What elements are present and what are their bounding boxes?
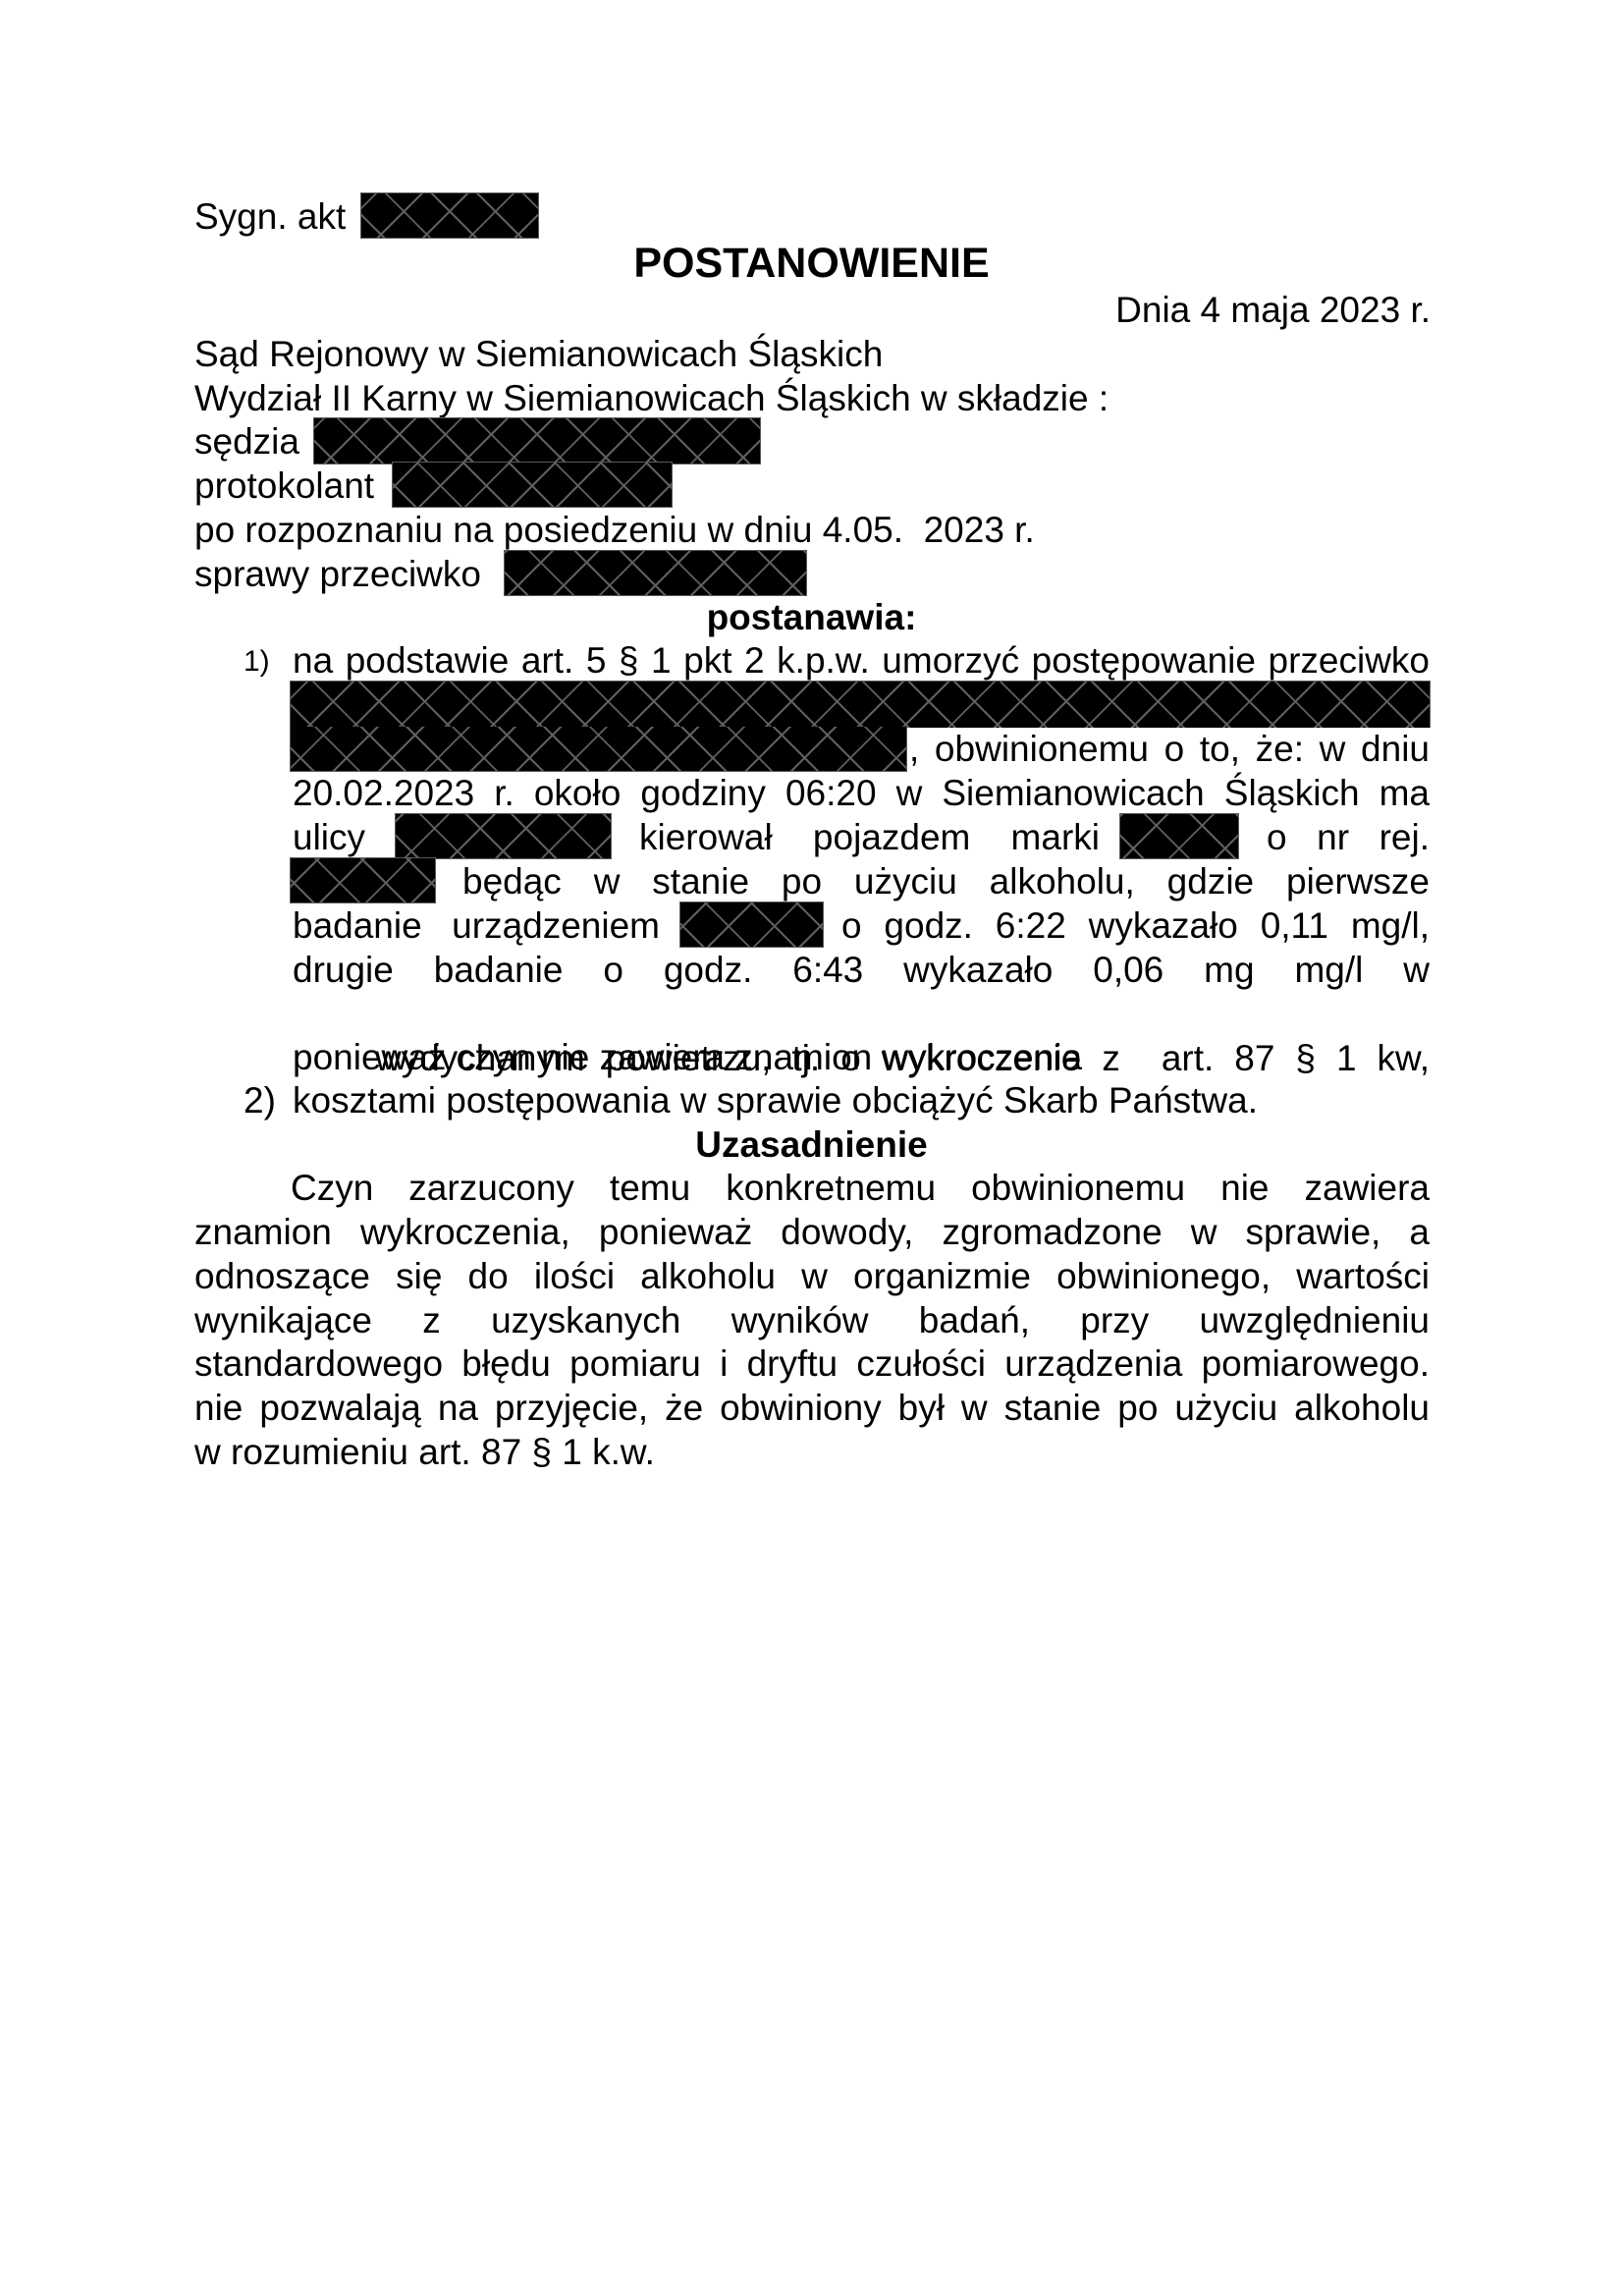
court-name: Sąd Rejonowy w Siemianowicach Śląskich (194, 332, 883, 376)
redacted-defendant-details (290, 681, 1431, 728)
redacted-vehicle-brand (1119, 813, 1239, 859)
item-1-line-6: będąc w stanie po użyciu alkoholu, gdzie… (462, 859, 1430, 903)
redacted-device-name (679, 902, 824, 948)
justification-line-3: odnoszące się do ilości alkoholu w organ… (194, 1254, 1430, 1298)
justification-line-7: w rozumieniu art. 87 § 1 k.w. (194, 1430, 655, 1474)
redacted-judge-name (313, 417, 761, 465)
document-title: POSTANOWIENIE (0, 239, 1623, 288)
justification-line-2: znamion wykroczenia, ponieważ dowody, zg… (194, 1210, 1430, 1254)
document-page: Sygn. akt POSTANOWIENIE Dnia 4 maja 2023… (0, 0, 1623, 2296)
redacted-clerk-name (392, 462, 673, 508)
redacted-registration-number (290, 857, 436, 903)
court-division: Wydział II Karny w Siemianowicach Śląski… (194, 376, 1109, 420)
case-signature-label: Sygn. akt (194, 196, 346, 237)
justification-line-4: wynikające z uzyskanych wyników badań, p… (194, 1298, 1430, 1342)
item-1-line-4: 20.02.2023 r. około godziny 06:20 w Siem… (293, 771, 1430, 815)
item-1-line-1: na podstawie art. 5 § 1 pkt 2 k.p.w. umo… (293, 638, 1430, 683)
hearing-line: po rozpoznaniu na posiedzeniu w dniu 4.0… (194, 508, 1035, 552)
justification-line-5: standardowego błędu pomiaru i dryftu czu… (194, 1341, 1430, 1386)
redacted-case-number (360, 192, 539, 239)
case-against-label: sprawy przeciwko (194, 552, 481, 596)
list-number-1: 1) (243, 639, 270, 683)
justification-line-1: Czyn zarzucony temu konkretnemu obwinion… (291, 1166, 1430, 1210)
justification-line-6: nie pozwalają na przyjęcie, że obwiniony… (194, 1386, 1430, 1430)
judge-label: sędzia (194, 419, 299, 464)
offence-reference: wydychanym powietrzu, tj. o wykroczenie … (293, 992, 1430, 1036)
list-number-2: 2) (243, 1078, 276, 1122)
redacted-defendant-name (504, 550, 807, 596)
first-test-result: o godz. 6:22 wykazało 0,11 mg/l, (841, 903, 1430, 948)
case-signature-line: Sygn. akt (194, 194, 346, 239)
street-label: ulicy (293, 815, 365, 859)
second-test-result: drugie badanie o godz. 6:43 wykazało 0,0… (293, 948, 1430, 992)
redacted-defendant-details-continued (290, 727, 907, 772)
registration-label: o nr rej. (1267, 815, 1430, 859)
item-2-text: kosztami postępowania w sprawie obciążyć… (293, 1078, 1258, 1122)
justification-heading: Uzasadnienie (0, 1122, 1623, 1167)
vehicle-brand-text: kierował pojazdem marki (639, 815, 1100, 859)
item-1-line-3: , obwinionemu o to, że: w dniu (909, 727, 1430, 771)
first-test-label: badanie urządzeniem (293, 903, 660, 948)
decision-heading: postanawia: (0, 595, 1623, 639)
document-date: Dnia 4 maja 2023 r. (1115, 288, 1431, 332)
clerk-label: protokolant (194, 464, 374, 508)
redacted-street (395, 813, 612, 859)
item-1-conclusion: ponieważ czyn nie zawiera znamion wykroc… (293, 1035, 1082, 1079)
